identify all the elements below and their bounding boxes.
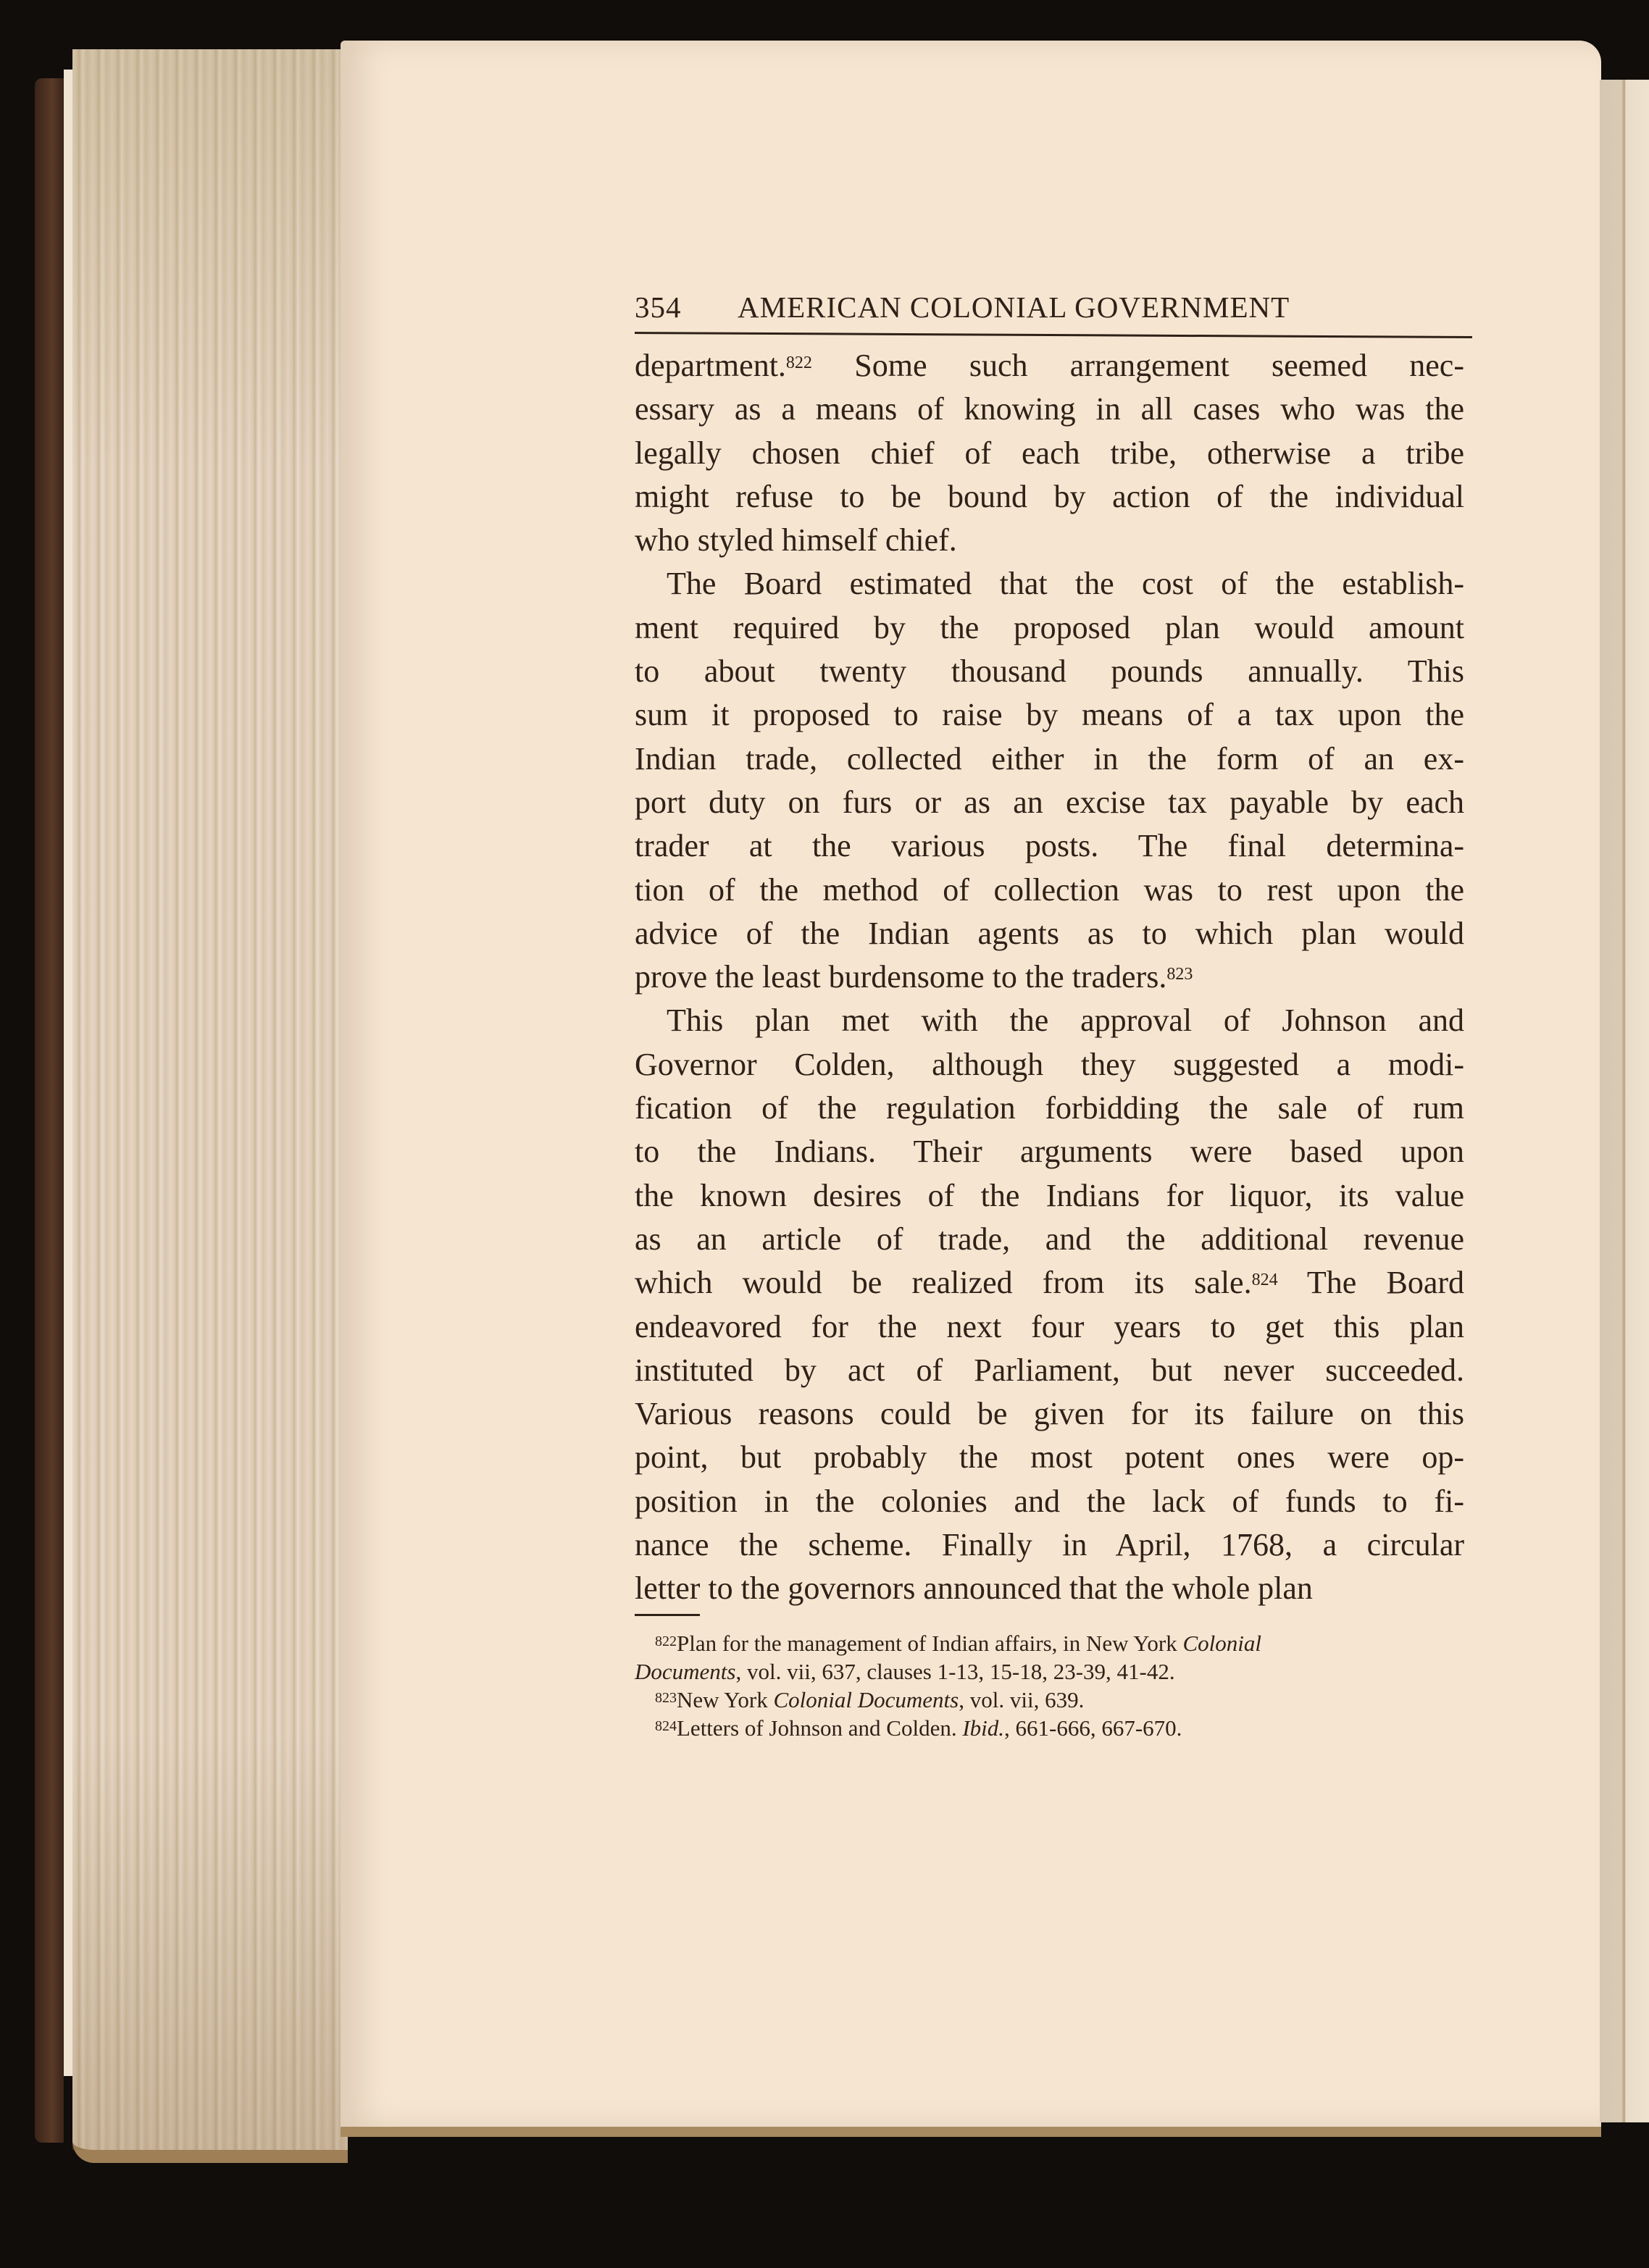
footnote-number: 823 [655, 1690, 677, 1706]
body-text: department.822 Some such arrangement see… [635, 344, 1464, 1611]
text-line: letter to the governors announced that t… [635, 1567, 1464, 1610]
footnote-reference: 824 [1252, 1271, 1278, 1289]
paragraph: This plan met with the approval of Johns… [635, 999, 1464, 1610]
footnote-number: 824 [655, 1718, 677, 1734]
text-line: tion of the method of collection was to … [635, 869, 1464, 912]
footnote-number: 822 [655, 1633, 677, 1649]
text-line: trader at the various posts. The final d… [635, 824, 1464, 868]
book-cover-spine [35, 78, 64, 2143]
page-stack-edges [72, 49, 348, 2163]
text-line: as an article of trade, and the addition… [635, 1218, 1464, 1261]
text-line: instituted by act of Parliament, but nev… [635, 1349, 1464, 1392]
text-line: prove the least burdensome to the trader… [635, 955, 1464, 999]
footnote-reference: 823 [1166, 965, 1193, 984]
text-line: nance the scheme. Finally in April, 1768… [635, 1523, 1464, 1567]
text-line: which would be realized from its sale.82… [635, 1261, 1464, 1305]
running-head-title: AMERICAN COLONIAL GOVERNMENT [738, 290, 1290, 325]
text-line: endeavored for the next four years to ge… [635, 1305, 1464, 1349]
text-line: to the Indians. Their arguments were bas… [635, 1130, 1464, 1173]
text-line: department.822 Some such arrangement see… [635, 344, 1464, 388]
text-line: This plan met with the approval of Johns… [635, 999, 1464, 1042]
page-number: 354 [635, 290, 682, 325]
text-line: fication of the regulation forbidding th… [635, 1087, 1464, 1130]
text-line: who styled himself chief. [635, 519, 1464, 562]
footnote-line: 822Plan for the management of Indian aff… [635, 1629, 1464, 1657]
footnotes: 822Plan for the management of Indian aff… [635, 1629, 1464, 1742]
text-line: might refuse to be bound by action of th… [635, 475, 1464, 519]
text-line: essary as a means of knowing in all case… [635, 388, 1464, 431]
footnote-line: 823New York Colonial Documents, vol. vii… [635, 1686, 1464, 1714]
page-content: 354 AMERICAN COLONIAL GOVERNMENT departm… [635, 288, 1468, 1742]
paragraph: The Board estimated that the cost of the… [635, 562, 1464, 999]
text-line: point, but probably the most potent ones… [635, 1436, 1464, 1479]
facing-page-edge [1600, 80, 1649, 2122]
text-line: position in the colonies and the lack of… [635, 1480, 1464, 1523]
text-line: Indian trade, collected either in the fo… [635, 737, 1464, 781]
footnote-line: Documents, vol. vii, 637, clauses 1-13, … [635, 1657, 1464, 1686]
text-line: Governor Colden, although they suggested… [635, 1043, 1464, 1087]
text-line: port duty on furs or as an excise tax pa… [635, 781, 1464, 824]
text-line: ment required by the proposed plan would… [635, 606, 1464, 650]
text-line: to about twenty thousand pounds annually… [635, 650, 1464, 693]
text-line: sum it proposed to raise by means of a t… [635, 693, 1464, 737]
text-line: the known desires of the Indians for liq… [635, 1174, 1464, 1218]
paragraph: department.822 Some such arrangement see… [635, 344, 1464, 562]
footnote-reference: 822 [786, 353, 812, 372]
text-line: The Board estimated that the cost of the… [635, 562, 1464, 606]
header-rule [635, 332, 1472, 338]
footnote-rule [635, 1614, 700, 1616]
text-line: legally chosen chief of each tribe, othe… [635, 432, 1464, 475]
footnote-line: 824Letters of Johnson and Colden. Ibid.,… [635, 1714, 1464, 1742]
text-line: advice of the Indian agents as to which … [635, 912, 1464, 955]
text-line: Various reasons could be given for its f… [635, 1392, 1464, 1436]
running-head: 354 AMERICAN COLONIAL GOVERNMENT [635, 288, 1468, 329]
